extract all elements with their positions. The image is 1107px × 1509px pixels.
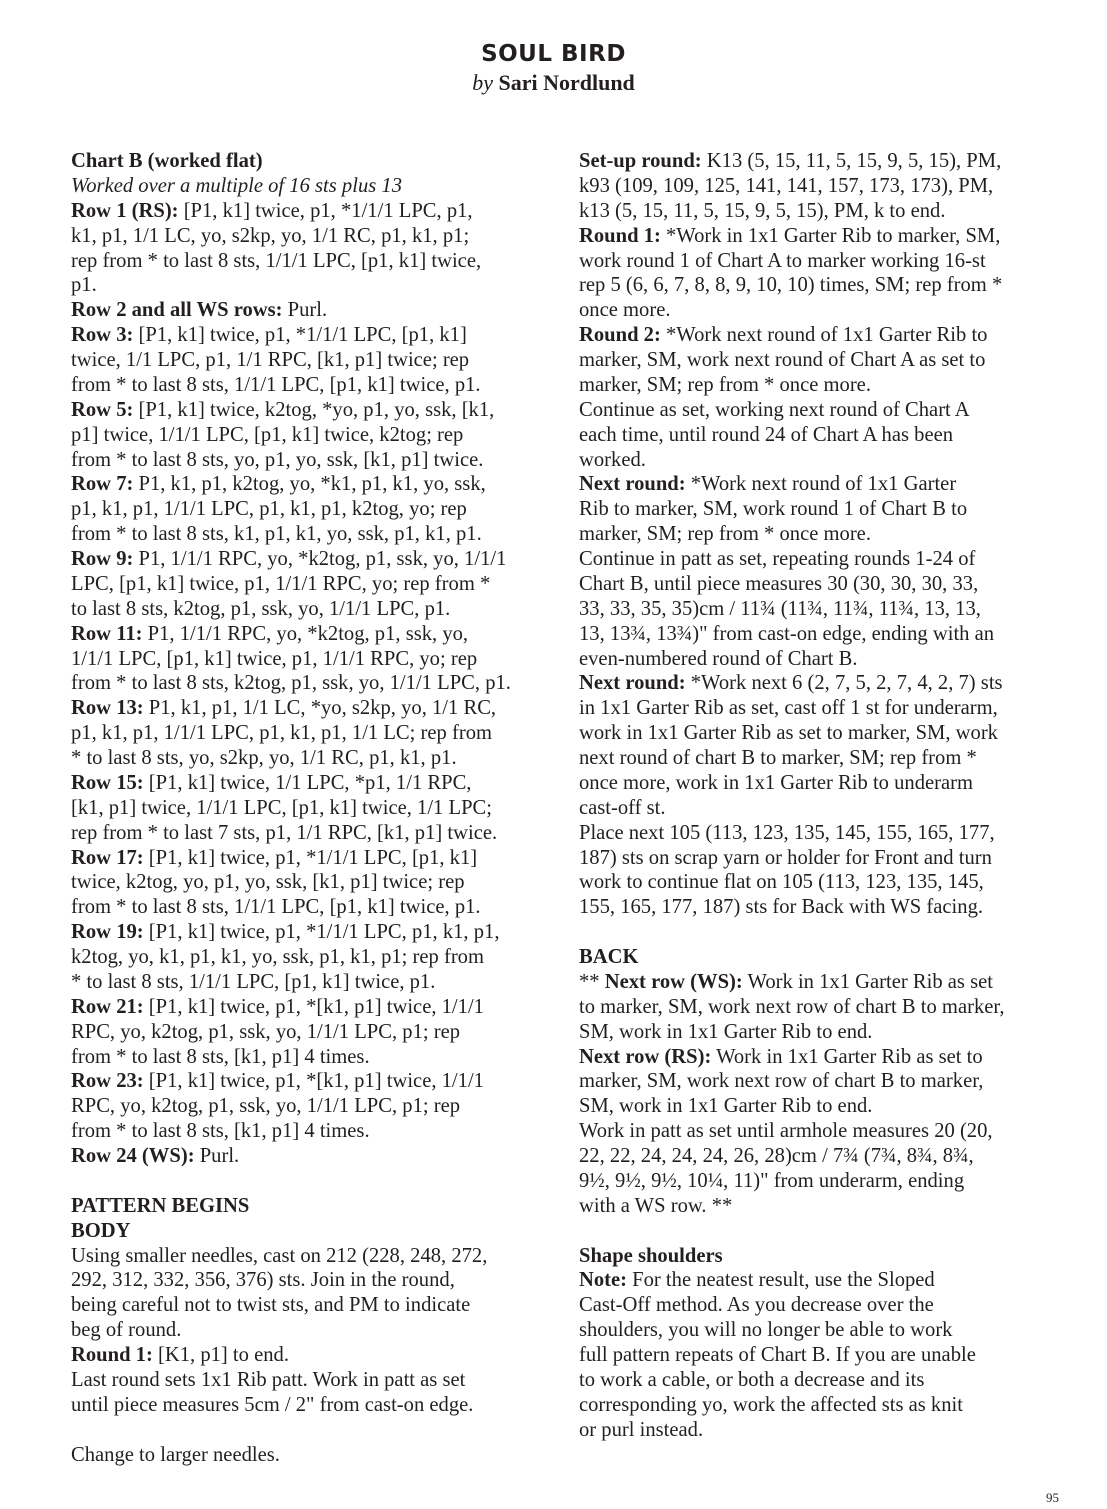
chart-row: Row 23: [P1, k1] twice, p1, *[k1, p1] tw…	[71, 1069, 561, 1144]
text-line: 13, 13¾, 13¾)" from cast-on edge, ending…	[579, 622, 1069, 647]
chart-row-first-line: Row 1 (RS): [P1, k1] twice, p1, *1/1/1 L…	[71, 199, 561, 224]
chart-row: Row 5: [P1, k1] twice, k2tog, *yo, p1, y…	[71, 398, 561, 473]
text-line: SM, work in 1x1 Garter Rib to end.	[579, 1094, 1069, 1119]
continue-chart-b: Continue in patt as set, repeating round…	[579, 547, 1069, 671]
text-line: Place next 105 (113, 123, 135, 145, 155,…	[579, 821, 1069, 846]
row-label: Row 23:	[71, 1070, 144, 1092]
row-text: [P1, k1] twice, p1, *1/1/1 LPC, p1,	[179, 200, 473, 222]
text-line: rep from * to last 8 sts, 1/1/1 LPC, [p1…	[71, 249, 561, 274]
round-1: Round 1: *Work in 1x1 Garter Rib to mark…	[579, 224, 1069, 324]
back-rs-row: Next row (RS): Work in 1x1 Garter Rib as…	[579, 1045, 1069, 1120]
next-round-underarm: Next round: *Work next 6 (2, 7, 5, 2, 7,…	[579, 671, 1069, 820]
byline: by Sari Nordlund	[0, 70, 1107, 96]
back-heading: BACK	[579, 945, 1069, 970]
row-text: [P1, k1] twice, p1, *[k1, p1] twice, 1/1…	[144, 1070, 484, 1092]
chart-row-first-line: Row 23: [P1, k1] twice, p1, *[k1, p1] tw…	[71, 1069, 561, 1094]
instruction-label: Round 2:	[579, 324, 661, 346]
text-line: 155, 165, 177, 187) sts for Back with WS…	[579, 895, 1069, 920]
setup-round: Set-up round: K13 (5, 15, 11, 5, 15, 9, …	[579, 149, 1069, 224]
text-line: Using smaller needles, cast on 212 (228,…	[71, 1244, 561, 1269]
chart-row: Row 17: [P1, k1] twice, p1, *1/1/1 LPC, …	[71, 846, 561, 921]
chart-row: Row 24 (WS): Purl.	[71, 1144, 561, 1169]
text-line: until piece measures 5cm / 2" from cast-…	[71, 1393, 561, 1418]
text-line: corresponding yo, work the affected sts …	[579, 1393, 1069, 1418]
instruction-label: Next round:	[579, 473, 686, 495]
text-line: RPC, yo, k2tog, p1, ssk, yo, 1/1/1 LPC, …	[71, 1094, 561, 1119]
text-line: 187) sts on scrap yarn or holder for Fro…	[579, 846, 1069, 871]
text-line: marker, SM, work next round of Chart A a…	[579, 348, 1069, 373]
row-label: Row 19:	[71, 921, 144, 943]
chart-row-first-line: Row 24 (WS): Purl.	[71, 1144, 561, 1169]
row-text: [P1, k1] twice, p1, *1/1/1 LPC, p1, k1, …	[144, 921, 500, 943]
chart-b-heading: Chart B (worked flat)	[71, 149, 561, 174]
left-column: Chart B (worked flat) Worked over a mult…	[71, 149, 561, 1467]
row-text: P1, k1, p1, 1/1 LC, *yo, s2kp, yo, 1/1 R…	[144, 697, 496, 719]
text-line: once more, work in 1x1 Garter Rib to und…	[579, 771, 1069, 796]
text-line: p1] twice, 1/1/1 LPC, [p1, k1] twice, k2…	[71, 423, 561, 448]
text-line: work round 1 of Chart A to marker workin…	[579, 249, 1069, 274]
chart-row: Row 7: P1, k1, p1, k2tog, yo, *k1, p1, k…	[71, 472, 561, 547]
text-line: with a WS row. **	[579, 1194, 1069, 1219]
row-label: Row 2 and all WS rows:	[71, 299, 283, 321]
row-text: [P1, k1] twice, p1, *1/1/1 LPC, [p1, k1]	[144, 847, 477, 869]
instruction-text: Work in 1x1 Garter Rib as set to	[711, 1046, 982, 1068]
instruction-label: Note:	[579, 1269, 627, 1291]
chart-row: Row 3: [P1, k1] twice, p1, *1/1/1 LPC, […	[71, 323, 561, 398]
chart-row-first-line: Row 19: [P1, k1] twice, p1, *1/1/1 LPC, …	[71, 920, 561, 945]
text-line: Chart B, until piece measures 30 (30, 30…	[579, 572, 1069, 597]
row-text: Purl.	[195, 1145, 240, 1167]
text-line: being careful not to twist sts, and PM t…	[71, 1293, 561, 1318]
instruction-label: Round 1:	[71, 1344, 153, 1366]
chart-row: Row 13: P1, k1, p1, 1/1 LC, *yo, s2kp, y…	[71, 696, 561, 771]
text-line: shoulders, you will no longer be able to…	[579, 1318, 1069, 1343]
text-line: from * to last 8 sts, yo, p1, yo, ssk, […	[71, 448, 561, 473]
row-text: [P1, k1] twice, 1/1 LPC, *p1, 1/1 RPC,	[144, 772, 472, 794]
chart-row-first-line: Row 11: P1, 1/1/1 RPC, yo, *k2tog, p1, s…	[71, 622, 561, 647]
row-text: P1, 1/1/1 RPC, yo, *k2tog, p1, ssk, yo, …	[133, 548, 506, 570]
text-line: LPC, [p1, k1] twice, p1, 1/1/1 RPC, yo; …	[71, 572, 561, 597]
row-label: Row 3:	[71, 324, 133, 346]
text-line: work in 1x1 Garter Rib as set to marker,…	[579, 721, 1069, 746]
row-text: [P1, k1] twice, k2tog, *yo, p1, yo, ssk,…	[133, 399, 494, 421]
row-label: Row 1 (RS):	[71, 200, 179, 222]
armhole-instructions: Work in patt as set until armhole measur…	[579, 1119, 1069, 1219]
text-line: Continue as set, working next round of C…	[579, 398, 1069, 423]
chart-row: Row 1 (RS): [P1, k1] twice, p1, *1/1/1 L…	[71, 199, 561, 299]
chart-row-first-line: Row 17: [P1, k1] twice, p1, *1/1/1 LPC, …	[71, 846, 561, 871]
text-line: from * to last 8 sts, 1/1/1 LPC, [p1, k1…	[71, 895, 561, 920]
shoulders-note: Note: For the neatest result, use the Sl…	[579, 1268, 1069, 1442]
right-column: Set-up round: K13 (5, 15, 11, 5, 15, 9, …	[579, 149, 1069, 1443]
row-text: Purl.	[283, 299, 328, 321]
chart-b-subtitle: Worked over a multiple of 16 sts plus 13	[71, 174, 561, 199]
pattern-title: SOUL BIRD	[0, 38, 1107, 70]
pattern-begins-heading: PATTERN BEGINS	[71, 1194, 561, 1219]
text-line: cast-off st.	[579, 796, 1069, 821]
text-line: next round of chart B to marker, SM; rep…	[579, 746, 1069, 771]
text-line: once more.	[579, 298, 1069, 323]
text-line: Work in patt as set until armhole measur…	[579, 1119, 1069, 1144]
chart-row: Row 11: P1, 1/1/1 RPC, yo, *k2tog, p1, s…	[71, 622, 561, 697]
text-line: marker, SM; rep from * once more.	[579, 522, 1069, 547]
row-label: Row 13:	[71, 697, 144, 719]
row-text: [P1, k1] twice, p1, *1/1/1 LPC, [p1, k1]	[133, 324, 466, 346]
text-line: rep from * to last 7 sts, p1, 1/1 RPC, […	[71, 821, 561, 846]
text-line: twice, k2tog, yo, p1, yo, ssk, [k1, p1] …	[71, 870, 561, 895]
chart-row-first-line: Row 13: P1, k1, p1, 1/1 LC, *yo, s2kp, y…	[71, 696, 561, 721]
text-line: full pattern repeats of Chart B. If you …	[579, 1343, 1069, 1368]
text-line: from * to last 8 sts, k1, p1, k1, yo, ss…	[71, 522, 561, 547]
instruction-label: Next round:	[579, 672, 686, 694]
instruction-text: *Work next round of 1x1 Garter	[686, 473, 957, 495]
instruction-label: Set-up round:	[579, 150, 702, 172]
pattern-header: SOUL BIRD by Sari Nordlund	[0, 38, 1107, 96]
text-line: 9½, 9½, 9½, 10¼, 11)" from underarm, end…	[579, 1169, 1069, 1194]
instruction-text: K13 (5, 15, 11, 5, 15, 9, 5, 15), PM,	[702, 150, 1002, 172]
text-line: 33, 33, 35, 35)cm / 11¾ (11¾, 11¾, 11¾, …	[579, 597, 1069, 622]
text-line: p1, k1, p1, 1/1/1 LPC, p1, k1, p1, k2tog…	[71, 497, 561, 522]
text-line: Last round sets 1x1 Rib patt. Work in pa…	[71, 1368, 561, 1393]
chart-row: Row 21: [P1, k1] twice, p1, *[k1, p1] tw…	[71, 995, 561, 1070]
change-needles-text: Change to larger needles.	[71, 1443, 561, 1468]
instruction-text: [K1, p1] to end.	[153, 1344, 289, 1366]
text-line: p1.	[71, 273, 561, 298]
instruction-label: Next row (WS):	[605, 971, 743, 993]
text-line: marker, SM; rep from * once more.	[579, 373, 1069, 398]
chart-row-first-line: Row 7: P1, k1, p1, k2tog, yo, *k1, p1, k…	[71, 472, 561, 497]
text-line: * to last 8 sts, 1/1/1 LPC, [p1, k1] twi…	[71, 970, 561, 995]
place-stitches: Place next 105 (113, 123, 135, 145, 155,…	[579, 821, 1069, 921]
instruction-label: Next row (RS):	[579, 1046, 711, 1068]
text-line: k2tog, yo, k1, p1, k1, yo, ssk, p1, k1, …	[71, 945, 561, 970]
chart-row: Row 15: [P1, k1] twice, 1/1 LPC, *p1, 1/…	[71, 771, 561, 846]
text-line: marker, SM, work next row of chart B to …	[579, 1069, 1069, 1094]
text-line: to last 8 sts, k2tog, p1, ssk, yo, 1/1/1…	[71, 597, 561, 622]
page-number: 95	[1046, 1490, 1059, 1506]
instruction-text: For the neatest result, use the Sloped	[627, 1269, 935, 1291]
chart-row: Row 19: [P1, k1] twice, p1, *1/1/1 LPC, …	[71, 920, 561, 995]
text-line: from * to last 8 sts, k2tog, p1, ssk, yo…	[71, 671, 561, 696]
instruction-text: *Work in 1x1 Garter Rib to marker, SM,	[661, 225, 1001, 247]
row-label: Row 7:	[71, 473, 133, 495]
text-line: [k1, p1] twice, 1/1/1 LPC, [p1, k1] twic…	[71, 796, 561, 821]
text-line: p1, k1, p1, 1/1/1 LPC, p1, k1, p1, 1/1 L…	[71, 721, 561, 746]
text-line: twice, 1/1 LPC, p1, 1/1 RPC, [k1, p1] tw…	[71, 348, 561, 373]
text-line: or purl instead.	[579, 1418, 1069, 1443]
row-text: P1, 1/1/1 RPC, yo, *k2tog, p1, ssk, yo,	[143, 623, 469, 645]
instruction-text: *Work next round of 1x1 Garter Rib to	[661, 324, 988, 346]
text-line: in 1x1 Garter Rib as set, cast off 1 st …	[579, 696, 1069, 721]
repeat-marker: **	[579, 971, 605, 993]
chart-row-first-line: Row 5: [P1, k1] twice, k2tog, *yo, p1, y…	[71, 398, 561, 423]
text-line: RPC, yo, k2tog, p1, ssk, yo, 1/1/1 LPC, …	[71, 1020, 561, 1045]
text-line: even-numbered round of Chart B.	[579, 647, 1069, 672]
chart-row-first-line: Row 21: [P1, k1] twice, p1, *[k1, p1] tw…	[71, 995, 561, 1020]
body-heading: BODY	[71, 1219, 561, 1244]
instruction-label: Round 1:	[579, 225, 661, 247]
continue-chart-a: Continue as set, working next round of C…	[579, 398, 1069, 473]
row-label: Row 17:	[71, 847, 144, 869]
text-line: 22, 22, 24, 24, 24, 26, 28)cm / 7¾ (7¾, …	[579, 1144, 1069, 1169]
row-label: Row 21:	[71, 996, 144, 1018]
text-line: SM, work in 1x1 Garter Rib to end.	[579, 1020, 1069, 1045]
author-name: Sari Nordlund	[498, 70, 634, 95]
text-line: work to continue flat on 105 (113, 123, …	[579, 870, 1069, 895]
text-line: to marker, SM, work next row of chart B …	[579, 995, 1069, 1020]
row-label: Row 9:	[71, 548, 133, 570]
round-2: Round 2: *Work next round of 1x1 Garter …	[579, 323, 1069, 398]
text-line: k1, p1, 1/1 LC, yo, s2kp, yo, 1/1 RC, p1…	[71, 224, 561, 249]
chart-b-rows: Row 1 (RS): [P1, k1] twice, p1, *1/1/1 L…	[71, 199, 561, 1169]
text-line: from * to last 8 sts, [k1, p1] 4 times.	[71, 1045, 561, 1070]
chart-row-first-line: Row 9: P1, 1/1/1 RPC, yo, *k2tog, p1, ss…	[71, 547, 561, 572]
instruction-text: *Work next 6 (2, 7, 5, 2, 7, 4, 2, 7) st…	[686, 672, 1003, 694]
text-line: 292, 312, 332, 356, 376) sts. Join in th…	[71, 1268, 561, 1293]
row-label: Row 24 (WS):	[71, 1145, 195, 1167]
row-label: Row 11:	[71, 623, 143, 645]
chart-row: Row 2 and all WS rows: Purl.	[71, 298, 561, 323]
text-line: k93 (109, 109, 125, 141, 141, 157, 173, …	[579, 174, 1069, 199]
text-line: * to last 8 sts, yo, s2kp, yo, 1/1 RC, p…	[71, 746, 561, 771]
row-label: Row 15:	[71, 772, 144, 794]
text-line: 1/1/1 LPC, [p1, k1] twice, p1, 1/1/1 RPC…	[71, 647, 561, 672]
next-round-chart-b: Next round: *Work next round of 1x1 Gart…	[579, 472, 1069, 547]
text-line: to work a cable, or both a decrease and …	[579, 1368, 1069, 1393]
chart-row-first-line: Row 3: [P1, k1] twice, p1, *1/1/1 LPC, […	[71, 323, 561, 348]
text-line: Cast-Off method. As you decrease over th…	[579, 1293, 1069, 1318]
chart-row: Row 9: P1, 1/1/1 RPC, yo, *k2tog, p1, ss…	[71, 547, 561, 622]
row-text: P1, k1, p1, k2tog, yo, *k1, p1, k1, yo, …	[133, 473, 485, 495]
body-round-1: Round 1: [K1, p1] to end.	[71, 1343, 561, 1368]
text-line: beg of round.	[71, 1318, 561, 1343]
text-line: worked.	[579, 448, 1069, 473]
chart-row-first-line: Row 2 and all WS rows: Purl.	[71, 298, 561, 323]
text-line: from * to last 8 sts, 1/1/1 LPC, [p1, k1…	[71, 373, 561, 398]
text-line: rep 5 (6, 6, 7, 8, 8, 9, 10, 10) times, …	[579, 273, 1069, 298]
text-line: Rib to marker, SM, work round 1 of Chart…	[579, 497, 1069, 522]
byline-by: by	[472, 70, 493, 95]
shape-shoulders-heading: Shape shoulders	[579, 1244, 1069, 1269]
row-text: [P1, k1] twice, p1, *[k1, p1] twice, 1/1…	[144, 996, 484, 1018]
text-line: Continue in patt as set, repeating round…	[579, 547, 1069, 572]
text-line: each time, until round 24 of Chart A has…	[579, 423, 1069, 448]
instruction-text: Work in 1x1 Garter Rib as set	[743, 971, 993, 993]
chart-row-first-line: Row 15: [P1, k1] twice, 1/1 LPC, *p1, 1/…	[71, 771, 561, 796]
body-cast-on: Using smaller needles, cast on 212 (228,…	[71, 1244, 561, 1344]
text-line: k13 (5, 15, 11, 5, 15, 9, 5, 15), PM, k …	[579, 199, 1069, 224]
text-line: from * to last 8 sts, [k1, p1] 4 times.	[71, 1119, 561, 1144]
row-label: Row 5:	[71, 399, 133, 421]
back-ws-row: ** Next row (WS): Work in 1x1 Garter Rib…	[579, 970, 1069, 1045]
